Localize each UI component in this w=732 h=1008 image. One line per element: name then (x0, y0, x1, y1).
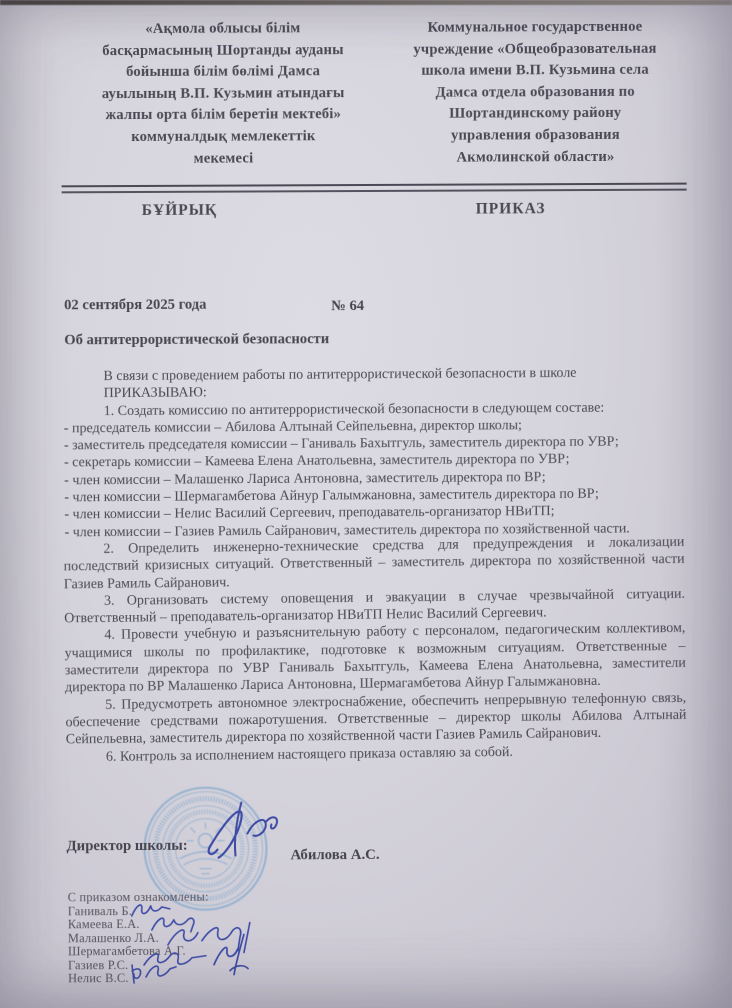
header-org-russian: Коммунальное государственное учреждение … (390, 17, 681, 169)
order-subject: Об антитеррористической безопасности (64, 331, 329, 349)
body-paragraph-5: 5. Предусмотреть автономное электроснабж… (65, 689, 687, 748)
director-name: Абилова А.С. (290, 847, 379, 864)
order-body-paragraphs: 2. Определить инженерно-технические сред… (63, 534, 687, 766)
order-title-russian: ПРИКАЗ (476, 200, 546, 218)
director-label: Директор школы: (66, 838, 187, 856)
order-date: 02 сентября 2025 года (64, 297, 206, 315)
order-title-kazakh: БҰЙРЫҚ (142, 202, 218, 220)
order-document: «Ақмола облысы білім басқармасының Шорта… (0, 0, 732, 1008)
header-org-kazakh: «Ақмола облысы білім басқармасының Шорта… (66, 18, 381, 171)
ack-signature (206, 930, 254, 978)
ack-name: Камеева Е.А. (68, 918, 209, 932)
ack-name: Газиев Р.С. (68, 958, 209, 972)
body-paragraph-4: 4. Провести учебную и разъяснительную ра… (64, 620, 686, 697)
ack-name: Нелис В.С. (68, 972, 209, 986)
acknowledgment-block: С приказом ознакомлены: Ганиваль Б. Каме… (68, 891, 209, 986)
scanned-document-page: «Ақмола облысы білім басқармасының Шорта… (0, 0, 732, 1008)
ack-name: Шермагамбетова А.Г. (68, 945, 209, 959)
double-rule-divider (62, 183, 687, 194)
body-paragraph-2: 2. Определить инженерно-технические сред… (63, 534, 685, 593)
order-body-intro: В связи с проведением работы по антитерр… (63, 364, 685, 541)
order-number: № 64 (331, 298, 364, 315)
ack-title: С приказом ознакомлены: (68, 891, 209, 905)
